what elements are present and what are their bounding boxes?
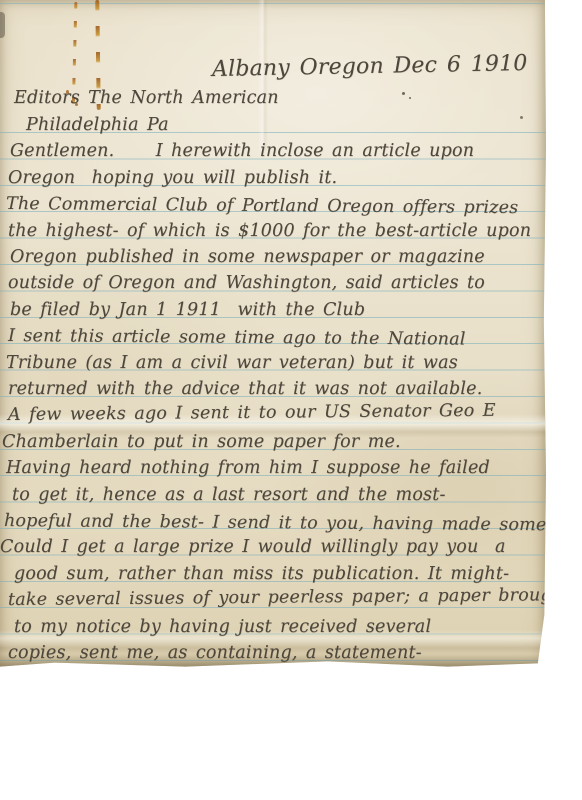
letter-line: The Commercial Club of Portland Oregon o… — [6, 191, 519, 221]
scan-background: Albany Oregon Dec 6 1910 Editors The Nor… — [0, 0, 582, 800]
paper-edge-notch — [0, 12, 5, 38]
letter-line: Oregon published in some newspaper or ma… — [10, 244, 485, 270]
letter-line: Editors The North American — [14, 85, 279, 111]
letter-line: copies, sent me, as containing, a statem… — [8, 640, 422, 666]
letter-line: Chamberlain to put in some paper for me. — [2, 429, 401, 455]
letter-line: outside of Oregon and Washington, said a… — [8, 270, 485, 296]
letter-line: Philadelphia Pa — [26, 112, 169, 138]
ink-speck — [409, 97, 411, 99]
letter-line: Having heard nothing from him I suppose … — [6, 455, 490, 481]
ink-speck — [402, 92, 405, 95]
letter-line: I sent this article some time ago to the… — [8, 323, 466, 353]
top-ruled-line — [0, 3, 546, 4]
date-line: Albany Oregon Dec 6 1910 — [212, 49, 528, 85]
letter-page: Albany Oregon Dec 6 1910 Editors The Nor… — [0, 0, 546, 668]
letter-line: take several issues of your peerless pap… — [8, 582, 546, 613]
letter-line: Gentlemen. I herewith inclose an article… — [10, 138, 474, 164]
ink-speck — [520, 116, 523, 119]
letter-line: the highest- of which is $1000 for the b… — [8, 218, 531, 244]
letter-line: Oregon hoping you will publish it. — [8, 165, 337, 191]
letter-line: to get it, hence as a last resort and th… — [12, 482, 446, 508]
letter-line: Tribune (as I am a civil war veteran) bu… — [6, 350, 458, 376]
letter-line: be filed by Jan 1 1911 with the Club — [10, 297, 365, 323]
letter-line: Could I get a large prize I would willin… — [0, 534, 506, 560]
letter-line: to my notice by having just received sev… — [14, 614, 431, 640]
letter-line: A few weeks ago I sent it to our US Sena… — [8, 398, 496, 428]
